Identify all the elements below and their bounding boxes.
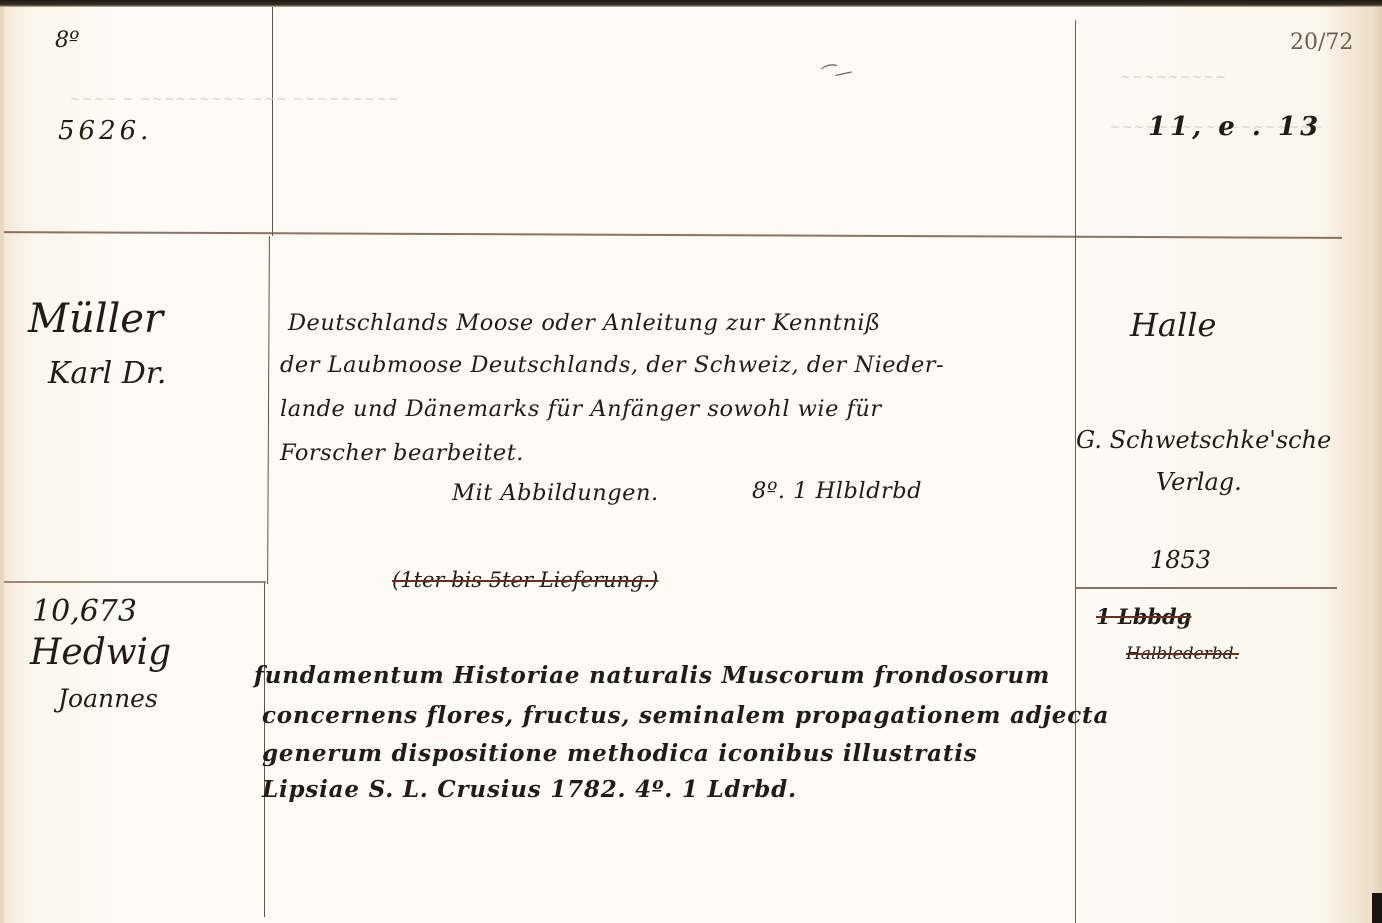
author-surname-2: Hedwig — [30, 632, 171, 673]
author-forename: Karl Dr. — [48, 356, 166, 391]
struck-binding: 1 Lbbdg — [1096, 604, 1191, 629]
latin-title-line: generum dispositione methodica iconibus … — [262, 740, 978, 767]
author-forename-2: Joannes — [58, 684, 158, 713]
pencil-stroke: ⁀— — [818, 61, 854, 88]
row-divider-1 — [4, 231, 1342, 239]
shelf-mark: 11, e . 13 — [1148, 112, 1322, 142]
title-line: Deutschlands Moose oder Anleitung zur Ke… — [288, 310, 881, 336]
struck-binding: Halblederbd. — [1126, 644, 1239, 664]
accession-number: 5626. — [58, 116, 152, 146]
title-line: lande und Dänemarks für Anfänger sowohl … — [280, 396, 882, 422]
author-surname: Müller — [28, 296, 163, 342]
row-divider-2-left — [4, 581, 266, 583]
place-of-publication: Halle — [1130, 306, 1216, 344]
page-top-edge — [0, 0, 1382, 7]
format-label: 8º — [55, 28, 79, 53]
page-reference: 20/72 — [1290, 30, 1353, 55]
latin-title-line: fundamentum Historiae naturalis Muscorum… — [254, 662, 1050, 689]
accession-number-2: 10,673 — [32, 594, 137, 629]
column-divider-left-top — [272, 7, 273, 236]
bleed-through-text: ~~~~~~~~~ — [1120, 70, 1227, 85]
column-divider-right — [1075, 20, 1076, 923]
publisher-line: Verlag. — [1156, 468, 1242, 496]
bleed-through-text: ~~~~ ~ ~~~~~~~~~ ~~~ ~~~~~~~~~ — [70, 92, 400, 107]
catalogue-card: ~~~~ ~ ~~~~~~~~~ ~~~ ~~~~~~~~~ ~~~~~~~~~… — [0, 0, 1382, 923]
title-line: Forscher bearbeitet. — [280, 440, 524, 466]
column-divider-left-mid — [267, 236, 270, 584]
latin-title-line: Lipsiae S. L. Crusius 1782. 4º. 1 Ldrbd. — [262, 776, 797, 803]
physical-note: Mit Abbildungen. — [452, 480, 659, 506]
struck-note: (1ter bis 5ter Lieferung.) — [392, 568, 658, 592]
latin-title-line: concernens flores, fructus, seminalem pr… — [262, 702, 1109, 729]
page-right-edge — [1370, 7, 1382, 900]
title-line: der Laubmoose Deutschlands, der Schweiz,… — [280, 352, 944, 378]
publisher-line: G. Schwetschke'sche — [1076, 426, 1331, 454]
publication-year: 1853 — [1150, 546, 1211, 574]
format-note: 8º. 1 Hlbldrbd — [752, 478, 922, 504]
page-left-edge — [0, 7, 4, 923]
row-divider-2-right — [1075, 587, 1337, 589]
page-corner-shadow — [1372, 893, 1382, 923]
